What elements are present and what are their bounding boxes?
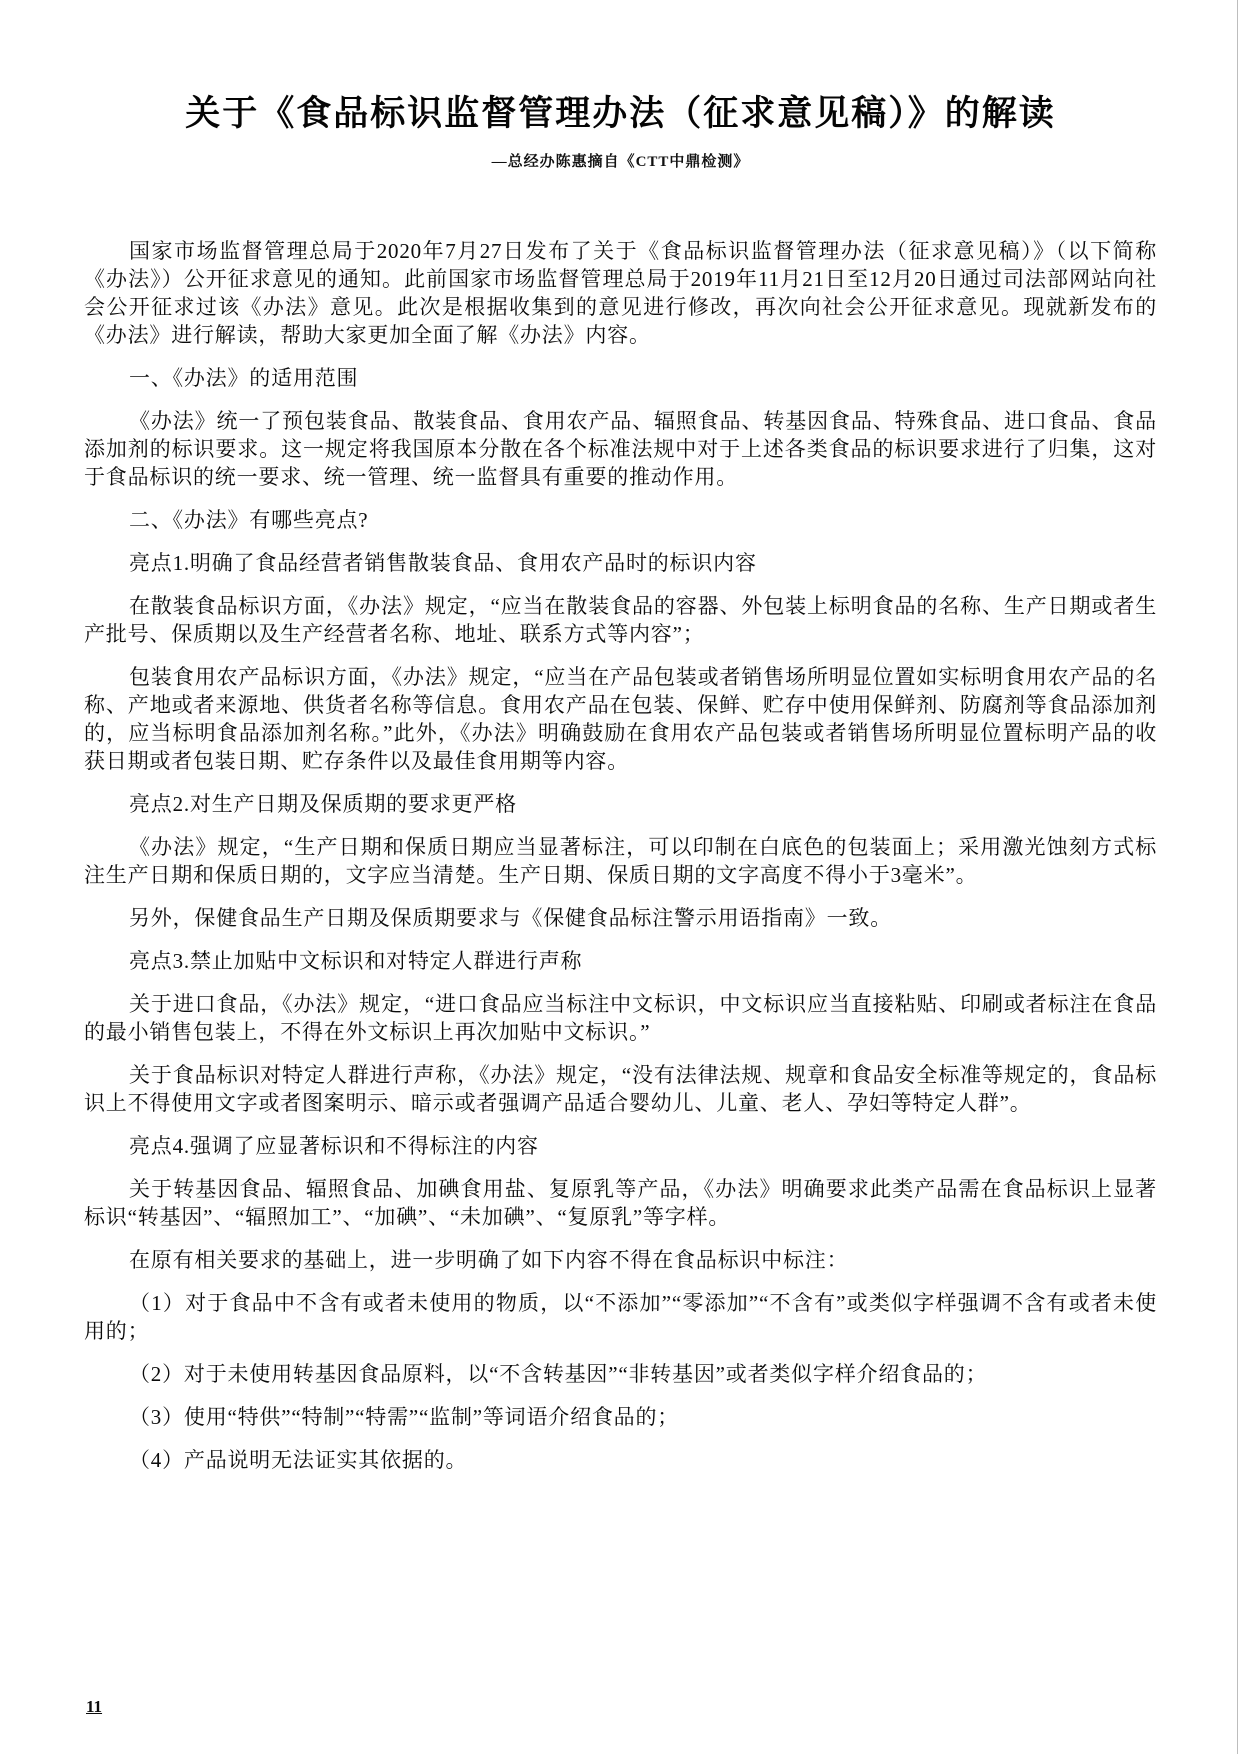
paragraph: 国家市场监督管理总局于2020年7月27日发布了关于《食品标识监督管理办法（征求… (84, 237, 1157, 349)
document-page: 关于《食品标识监督管理办法（征求意见稿）》的解读 —总经办陈惠摘自《CTT中鼎检… (0, 0, 1241, 1754)
section-heading: 亮点2.对生产日期及保质期的要求更严格 (84, 790, 1157, 818)
paragraph: 在散装食品标识方面，《办法》规定，“应当在散装食品的容器、外包装上标明食品的名称… (84, 592, 1157, 648)
section-heading: 一、《办法》的适用范围 (84, 364, 1157, 392)
page-number: 11 (86, 1697, 102, 1716)
section-heading: 亮点1.明确了食品经营者销售散装食品、食用农产品时的标识内容 (84, 549, 1157, 577)
paragraph: 《办法》规定，“生产日期和保质日期应当显著标注，可以印制在白底色的包装面上；采用… (84, 833, 1157, 889)
page-subtitle: —总经办陈惠摘自《CTT中鼎检测》 (84, 154, 1157, 171)
paragraph: （2）对于未使用转基因食品原料，以“不含转基因”“非转基因”或者类似字样介绍食品… (84, 1360, 1157, 1388)
paragraph: （3）使用“特供”“特制”“特需”“监制”等词语介绍食品的； (84, 1403, 1157, 1431)
paragraph: 包装食用农产品标识方面，《办法》规定，“应当在产品包装或者销售场所明显位置如实标… (84, 663, 1157, 775)
paragraph: 另外，保健食品生产日期及保质期要求与《保健食品标注警示用语指南》一致。 (84, 904, 1157, 932)
paragraph: （1）对于食品中不含有或者未使用的物质，以“不添加”“零添加”“不含有”或类似字… (84, 1289, 1157, 1345)
section-heading: 亮点4.强调了应显著标识和不得标注的内容 (84, 1132, 1157, 1160)
paragraph: 关于进口食品，《办法》规定，“进口食品应当标注中文标识，中文标识应当直接粘贴、印… (84, 990, 1157, 1046)
section-heading: 二、《办法》有哪些亮点? (84, 506, 1157, 534)
paragraph: 关于食品标识对特定人群进行声称，《办法》规定，“没有法律法规、规章和食品安全标准… (84, 1061, 1157, 1117)
paragraph: （4）产品说明无法证实其依据的。 (84, 1446, 1157, 1474)
section-heading: 亮点3.禁止加贴中文标识和对特定人群进行声称 (84, 947, 1157, 975)
page-edge-divider (1237, 0, 1238, 1754)
page-title: 关于《食品标识监督管理办法（征求意见稿）》的解读 (84, 94, 1157, 134)
document-body: 国家市场监督管理总局于2020年7月27日发布了关于《食品标识监督管理办法（征求… (84, 237, 1157, 1474)
paragraph: 关于转基因食品、辐照食品、加碘食用盐、复原乳等产品，《办法》明确要求此类产品需在… (84, 1175, 1157, 1231)
paragraph: 在原有相关要求的基础上，进一步明确了如下内容不得在食品标识中标注： (84, 1246, 1157, 1274)
paragraph: 《办法》统一了预包装食品、散装食品、食用农产品、辐照食品、转基因食品、特殊食品、… (84, 407, 1157, 491)
